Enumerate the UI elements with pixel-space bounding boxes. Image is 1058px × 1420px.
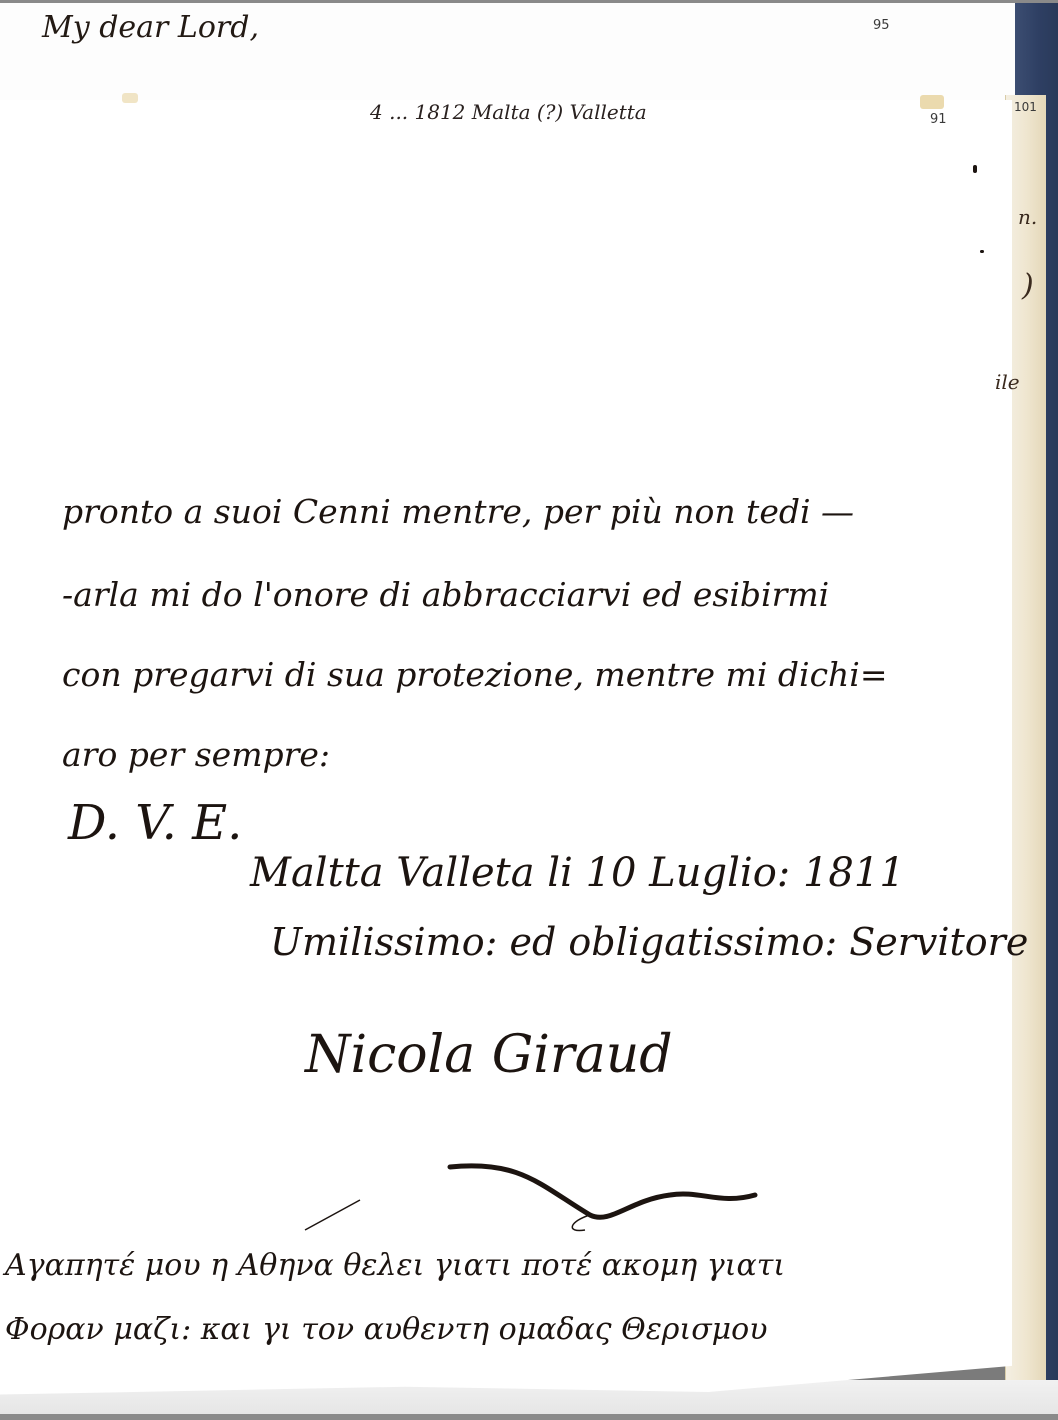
body-line-2: -arla mi do l'onore di abbracciarvi ed e… (62, 575, 829, 614)
folio-number-top: 95 (873, 18, 890, 33)
paper-stain (920, 95, 944, 109)
closing-initials: D. V. E. (68, 795, 242, 851)
margin-fragment: ile (995, 370, 1020, 394)
place-and-date: Maltta Valleta li 10 Luglio: 1811 (250, 850, 905, 896)
body-line-1: pronto a suoi Cenni mentre, per più non … (62, 492, 854, 531)
folio-number-main: 91 (930, 112, 947, 127)
margin-fragment: ) (1022, 268, 1034, 303)
ink-mark (980, 250, 984, 253)
body-line-4: aro per sempre: (62, 735, 330, 774)
scan-frame-bottom (0, 1414, 1058, 1420)
signature: Nicola Giraud (305, 1025, 673, 1085)
dateline: 4 ... 1812 Malta (?) Valletta (370, 100, 647, 124)
greek-line-2: Φοραν μαζι: και γι τον αυθεντη ομαδας Θε… (5, 1312, 767, 1347)
body-line-3: con pregarvi di sua protezione, mentre m… (62, 655, 888, 694)
salutation: My dear Lord, (42, 10, 259, 45)
folio-number-underlying: 101 (1014, 100, 1037, 114)
greek-line-1: Αγαπητέ μου η Αθηνα θελει γιατι ποτέ ακο… (5, 1248, 785, 1283)
closing-servitude: Umilissimo: ed obligatissimo: Servitore (270, 920, 1028, 964)
margin-fragment: n. (1018, 205, 1037, 229)
ink-mark (973, 165, 977, 173)
flourish-ornament (300, 1155, 760, 1235)
paper-stain (122, 93, 138, 103)
